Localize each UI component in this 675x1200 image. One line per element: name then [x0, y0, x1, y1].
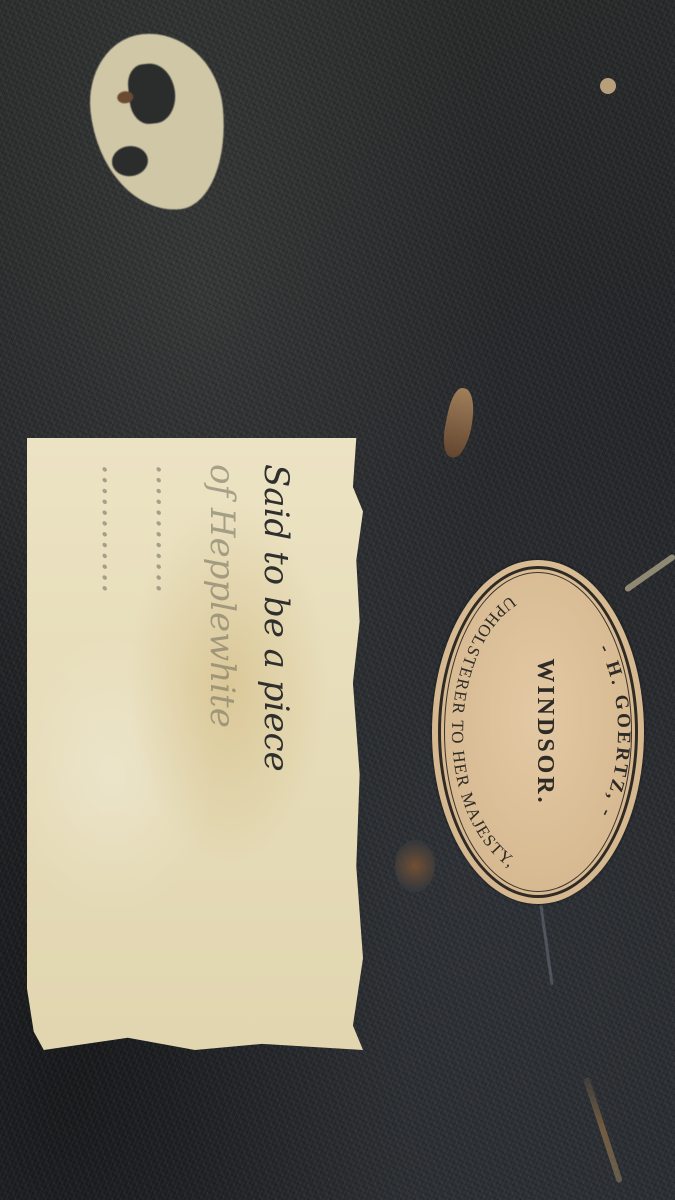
note-line-2: of Hepplewhite [195, 464, 249, 1024]
handwritten-paper-note: Said to be a piece of Hepplewhite ......… [27, 438, 363, 1050]
note-text-block: Said to be a piece of Hepplewhite ......… [87, 464, 303, 1024]
label-appointment: UPHOLSTERER TO HER MAJESTY, [448, 592, 520, 871]
worn-leather-patch [83, 27, 233, 218]
svg-text:- H. GOERTZ, -: - H. GOERTZ, - [594, 641, 634, 823]
leather-surface: Said to be a piece of Hepplewhite ......… [0, 0, 675, 1200]
leather-scuff [600, 78, 616, 94]
worn-patch-dark-spot [110, 144, 149, 178]
svg-text:UPHOLSTERER TO HER MAJESTY,: UPHOLSTERER TO HER MAJESTY, [448, 592, 520, 871]
oval-maker-label: - H. GOERTZ, - UPHOLSTERER TO HER MAJEST… [432, 560, 644, 904]
label-town: WINDSOR. [531, 560, 558, 904]
leather-scuff [439, 386, 479, 460]
leather-scuff [395, 840, 435, 892]
note-line-3: ............ [141, 464, 195, 1024]
leather-crack [539, 905, 553, 985]
label-text-group: - H. GOERTZ, - UPHOLSTERER TO HER MAJEST… [432, 560, 644, 904]
worn-patch-dark-spot [126, 61, 178, 125]
leather-crack [583, 1077, 623, 1183]
note-line-4: ............ [87, 464, 141, 1024]
note-line-1: Said to be a piece [249, 464, 303, 1024]
label-maker-name: - H. GOERTZ, - [594, 641, 634, 823]
